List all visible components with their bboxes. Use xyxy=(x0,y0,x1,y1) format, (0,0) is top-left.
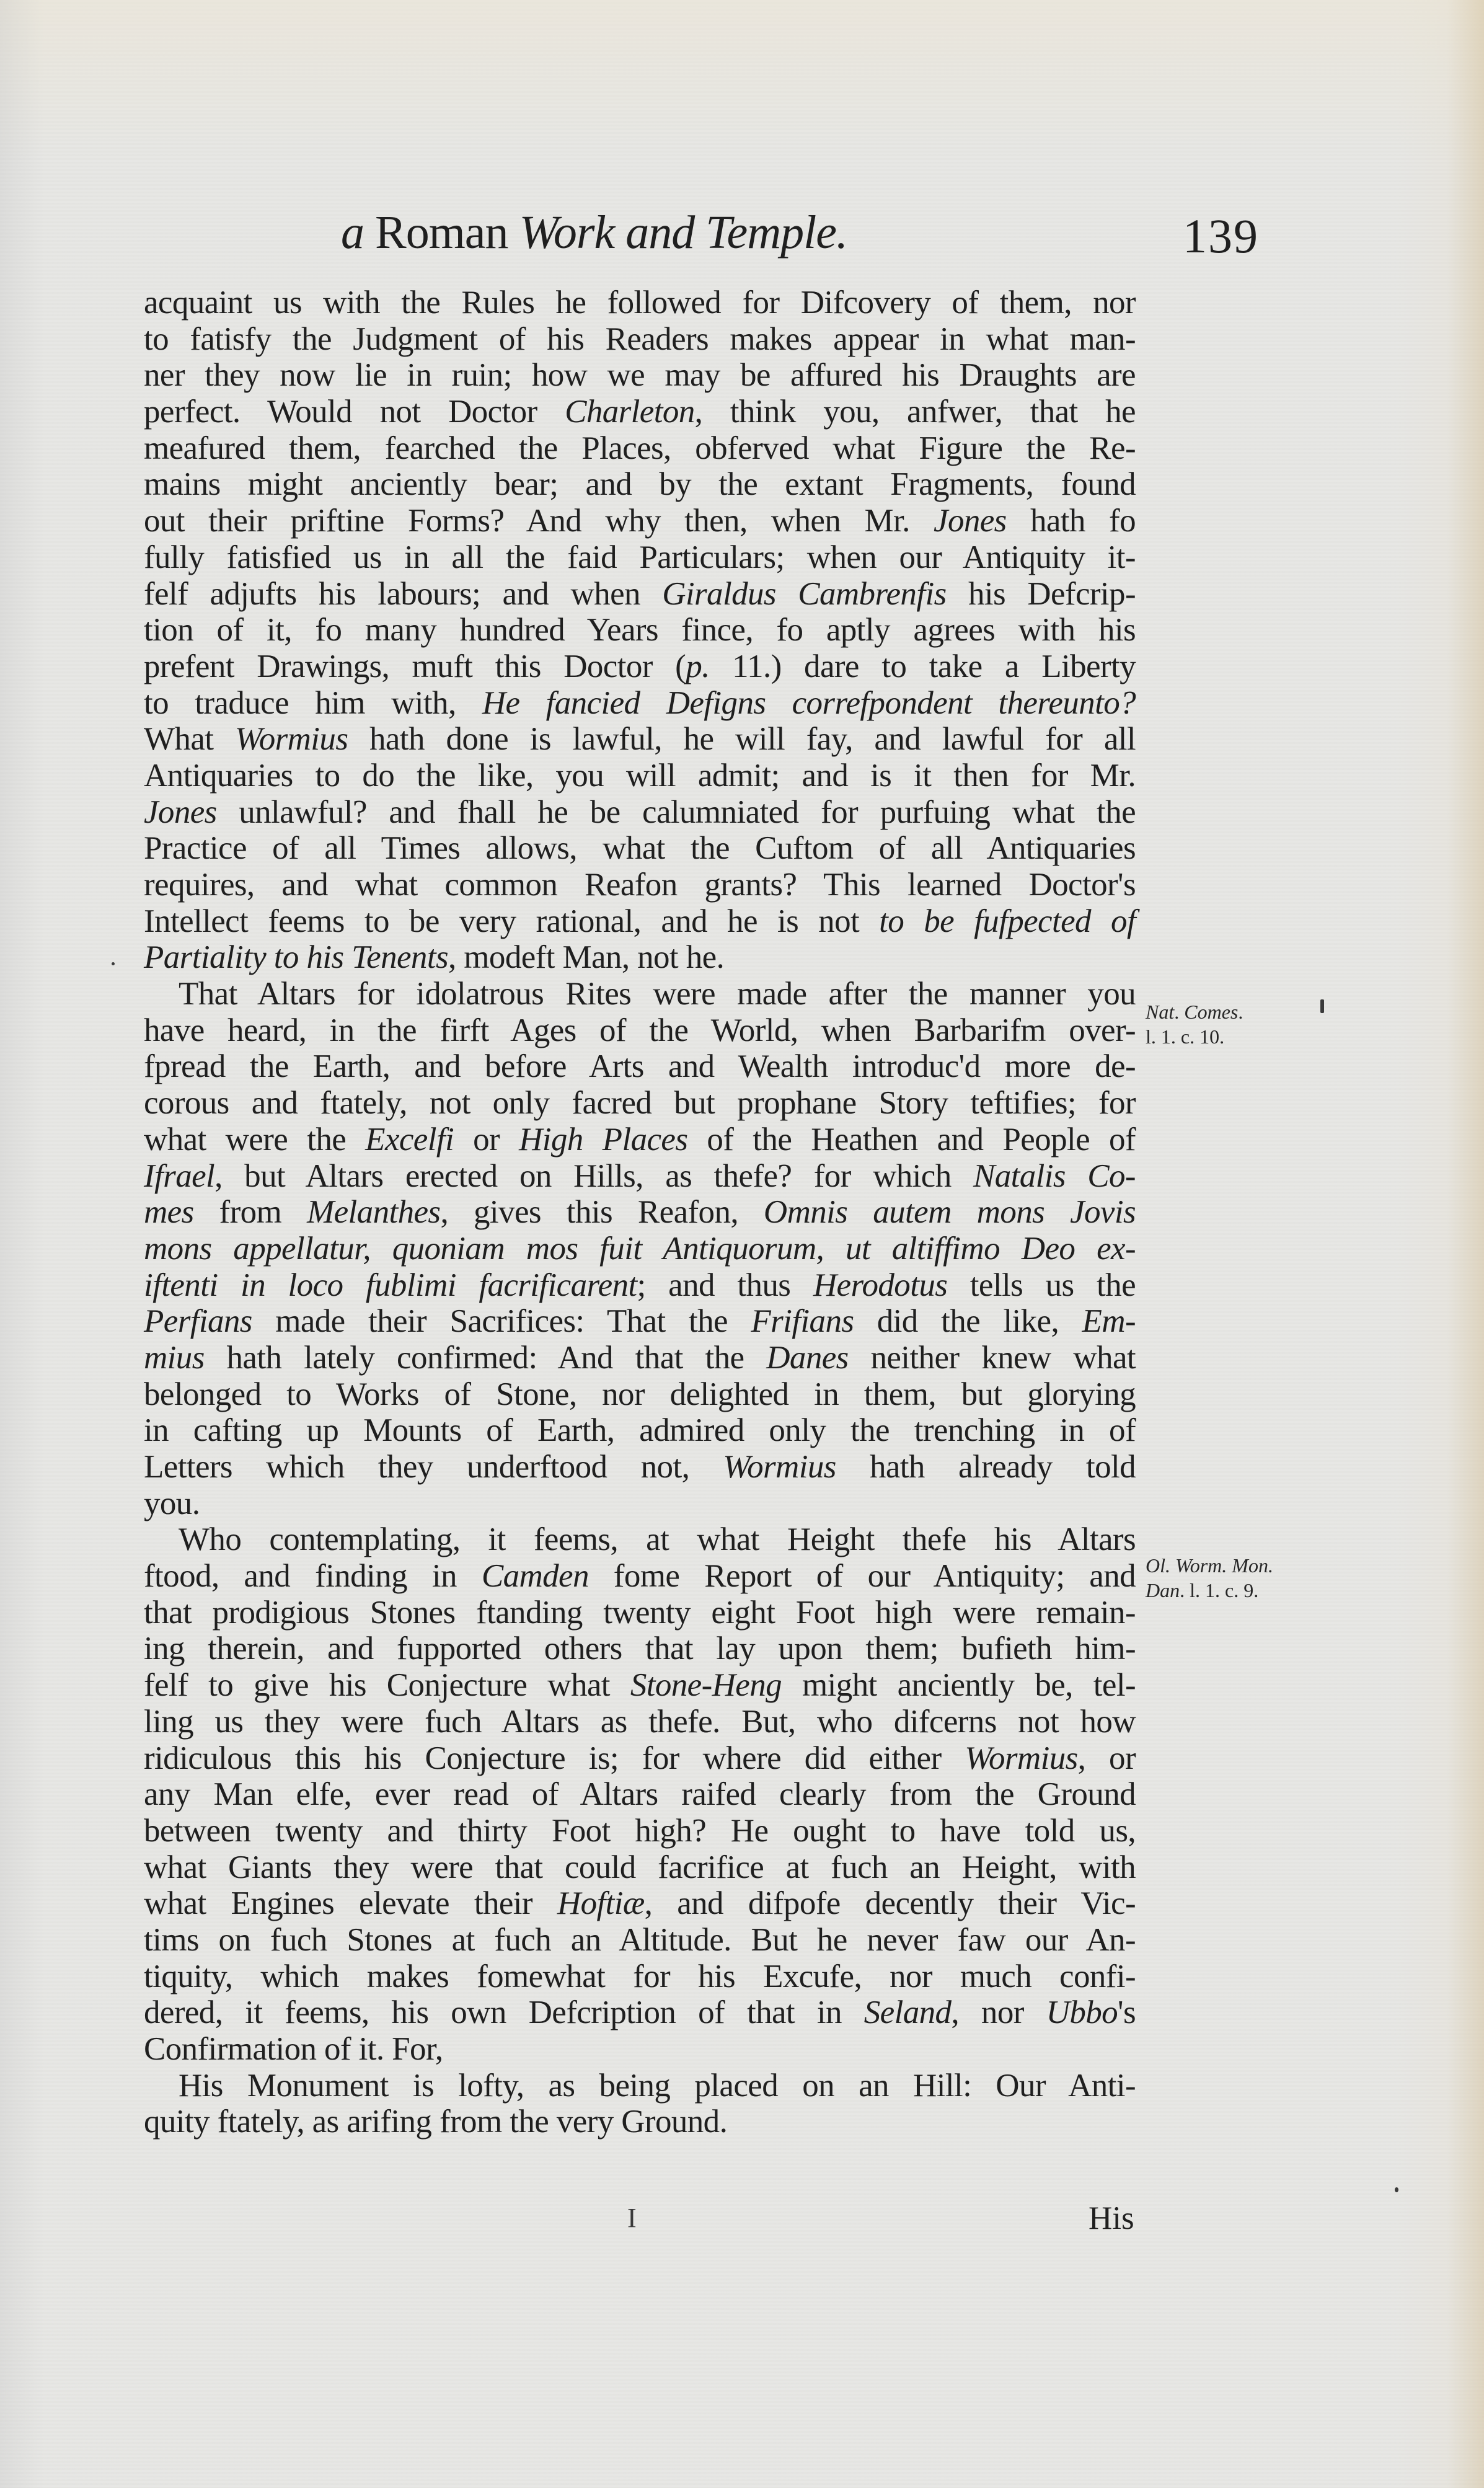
italic-run: Stone-Heng xyxy=(630,1667,782,1703)
sidenote-run: . xyxy=(1174,1001,1184,1023)
text-line: perfect. Would not Doctor Charleton, thi… xyxy=(144,394,1136,430)
text-line: Confirmation of it. For, xyxy=(144,2031,1136,2068)
text-line: prefent Drawings, muft this Doctor (p. 1… xyxy=(144,649,1136,685)
italic-run: Wormius xyxy=(235,721,348,757)
roman-run: Practice of all Times allows, what the C… xyxy=(144,830,1136,866)
roman-run: mains might anciently bear; and by the e… xyxy=(144,466,1136,502)
roman-run: or xyxy=(454,1122,519,1158)
roman-run: , nor xyxy=(951,1994,1046,2030)
italic-run: Omnis autem mons Jovis xyxy=(764,1194,1136,1230)
roman-run: , and difpofe decently their Vic- xyxy=(645,1885,1136,1921)
roman-run: Antiquaries to do the like, you will adm… xyxy=(144,758,1136,794)
text-line: tion of it, fo many hundred Years fince,… xyxy=(144,612,1136,649)
signature-mark: I xyxy=(627,2201,637,2236)
sidenote-run: Dan xyxy=(1146,1579,1180,1601)
sidenote: Nat. Comes.l. 1. c. 10. xyxy=(1146,999,1243,1049)
italic-run: Ifrael xyxy=(144,1158,214,1194)
running-head-part: Roman xyxy=(375,206,519,259)
text-line: Partiality to his Tenents, modeft Man, n… xyxy=(144,939,1136,976)
italic-run: Seland xyxy=(864,1994,952,2030)
text-line: iftenti in loco fublimi facrificarent; a… xyxy=(144,1267,1136,1304)
sidenote-run: . xyxy=(1238,1001,1243,1023)
roman-run: 's xyxy=(1118,1994,1136,2030)
text-line: Jones unlawful? and fhall he be calumnia… xyxy=(144,794,1136,831)
text-line: What Wormius hath done is lawful, he wil… xyxy=(144,721,1136,758)
italic-run: Ubbo xyxy=(1046,1994,1118,2030)
roman-run: prefent Drawings, muft this Doctor ( xyxy=(144,649,686,684)
text-line: ner they now lie in ruin; how we may be … xyxy=(144,357,1136,394)
text-line: acquaint us with the Rules he followed f… xyxy=(144,285,1136,321)
italic-run: Wormius xyxy=(723,1449,836,1485)
ink-speck xyxy=(1395,2187,1398,2192)
paragraph-first-line: His Monument is lofty, as being placed o… xyxy=(144,2068,1136,2104)
sidenote-line: Ol. Worm. Mon. xyxy=(1146,1553,1273,1578)
italic-run: Danes xyxy=(766,1340,848,1376)
text-line: what Engines elevate their Hoftiæ, and d… xyxy=(144,1885,1136,1922)
roman-run: tion of it, fo many hundred Years fince,… xyxy=(144,612,1136,648)
roman-run: , gives this Reafon, xyxy=(440,1194,763,1230)
roman-run: what Giants they were that could facrifi… xyxy=(144,1849,1136,1885)
italic-run: mons appellatur, quoniam mos fuit Antiqu… xyxy=(144,1231,1136,1267)
roman-run: meafured them, fearched the Places, obfe… xyxy=(144,430,1136,466)
italic-run: Natalis Co- xyxy=(973,1158,1136,1194)
text-line: corous and ftately, not only facred but … xyxy=(144,1085,1136,1122)
roman-run: tims on fuch Stones at fuch an Altitude.… xyxy=(144,1922,1136,1958)
roman-run: out their priftine Forms? And why then, … xyxy=(144,503,934,539)
roman-run: hath already told xyxy=(836,1449,1136,1485)
roman-run: Confirmation of it. For, xyxy=(144,2031,443,2067)
text-line: mes from Melanthes, gives this Reafon, O… xyxy=(144,1194,1136,1231)
text-line: tims on fuch Stones at fuch an Altitude.… xyxy=(144,1922,1136,1959)
running-head: a Roman Work and Temple. xyxy=(341,205,847,260)
roman-run: felf adjufts his labours; and when xyxy=(144,576,662,612)
roman-run: belonged to Works of Stone, nor delighte… xyxy=(144,1376,1136,1412)
text-line: Practice of all Times allows, what the C… xyxy=(144,830,1136,867)
roman-run: any Man elfe, ever read of Altars raifed… xyxy=(144,1776,1136,1812)
roman-run: might anciently be, tel- xyxy=(782,1667,1136,1703)
roman-run: hath lately confirmed: And that the xyxy=(205,1340,767,1376)
text-line: any Man elfe, ever read of Altars raifed… xyxy=(144,1776,1136,1813)
paragraph-first-line: That Altars for idolatrous Rites were ma… xyxy=(144,976,1136,1012)
roman-run: Intellect feems to be very rational, and… xyxy=(144,903,879,939)
italic-run: Giraldus Cambrenfis xyxy=(662,576,946,612)
italic-run: mius xyxy=(144,1340,205,1376)
text-line: you. xyxy=(144,1485,1136,1522)
text-line: mains might anciently bear; and by the e… xyxy=(144,466,1136,503)
sidenote: Ol. Worm. Mon.Dan. l. 1. c. 9. xyxy=(1146,1553,1273,1603)
body-text: acquaint us with the Rules he followed f… xyxy=(144,285,1136,2140)
sidenote-line: l. 1. c. 10. xyxy=(1146,1024,1243,1049)
text-line: ridiculous this his Conjecture is; for w… xyxy=(144,1740,1136,1777)
text-line: tiquity, which makes fomewhat for his Ex… xyxy=(144,1959,1136,1995)
sidenote-run: Comes xyxy=(1184,1001,1238,1023)
roman-run: requires, and what common Reafon grants?… xyxy=(144,867,1136,903)
text-line: fully fatisfied us in all the faid Parti… xyxy=(144,539,1136,576)
italic-run: to be fufpected of xyxy=(879,903,1136,939)
italic-run: High Places xyxy=(519,1122,687,1158)
text-line: Antiquaries to do the like, you will adm… xyxy=(144,758,1136,794)
roman-run: His Monument is lofty, as being placed o… xyxy=(179,2068,1136,2104)
roman-run: hath done is lawful, he will fay, and la… xyxy=(348,721,1136,757)
roman-run: what were the xyxy=(144,1122,365,1158)
text-line: mius hath lately confirmed: And that the… xyxy=(144,1340,1136,1376)
text-line: to fatisfy the Judgment of his Readers m… xyxy=(144,321,1136,358)
italic-run: Frifians xyxy=(751,1303,854,1339)
text-line: ing therein, and fupported others that l… xyxy=(144,1631,1136,1667)
text-line: dered, it feems, his own Defcription of … xyxy=(144,1994,1136,2031)
sidenote-run: . l. 1. c. 9. xyxy=(1180,1579,1258,1601)
italic-run: Partiality to his Tenents xyxy=(144,939,448,975)
roman-run: unlawful? and fhall he be calumniated fo… xyxy=(217,794,1136,830)
roman-run: to fatisfy the Judgment of his Readers m… xyxy=(144,321,1136,357)
text-line: meafured them, fearched the Places, obfe… xyxy=(144,430,1136,467)
roman-run: ner they now lie in ruin; how we may be … xyxy=(144,357,1136,393)
roman-run: corous and ftately, not only facred but … xyxy=(144,1085,1136,1121)
italic-run: p. xyxy=(686,649,710,684)
page-number: 139 xyxy=(1183,208,1259,264)
roman-run: felf to give his Conjecture what xyxy=(144,1667,630,1703)
book-page: a Roman Work and Temple. 139 acquaint us… xyxy=(0,0,1484,2488)
roman-run: have heard, in the firft Ages of the Wor… xyxy=(144,1012,1136,1048)
text-line: ftood, and finding in Camden fome Report… xyxy=(144,1558,1136,1595)
text-line: felf to give his Conjecture what Stone-H… xyxy=(144,1667,1136,1704)
text-line: what were the Excelfi or High Places of … xyxy=(144,1122,1136,1158)
roman-run: , but Altars erected on Hills, as thefe?… xyxy=(214,1158,973,1194)
roman-run: of the Heathen and People of xyxy=(687,1122,1136,1158)
roman-run: quity ftately, as arifing from the very … xyxy=(144,2104,727,2140)
italic-run: Jones xyxy=(934,503,1007,539)
sidenote-line: Dan. l. 1. c. 9. xyxy=(1146,1578,1273,1603)
roman-run: acquaint us with the Rules he followed f… xyxy=(144,285,1136,321)
italic-run: Perfians xyxy=(144,1303,252,1339)
text-line: mons appellatur, quoniam mos fuit Antiqu… xyxy=(144,1231,1136,1267)
roman-run: Letters which they underftood not, xyxy=(144,1449,723,1485)
running-head-part: a xyxy=(341,206,375,259)
roman-run: in cafting up Mounts of Earth, admired o… xyxy=(144,1412,1136,1448)
catchword: His xyxy=(1089,2200,1134,2237)
roman-run: you. xyxy=(144,1485,200,1521)
text-line: Intellect feems to be very rational, and… xyxy=(144,903,1136,940)
roman-run: That Altars for idolatrous Rites were ma… xyxy=(179,976,1136,1012)
italic-run: Camden xyxy=(482,1558,589,1594)
text-line: have heard, in the firft Ages of the Wor… xyxy=(144,1012,1136,1049)
text-line: ling us they were fuch Altars as thefe. … xyxy=(144,1704,1136,1740)
roman-run: dered, it feems, his own Defcription of … xyxy=(144,1994,864,2030)
text-line: belonged to Works of Stone, nor delighte… xyxy=(144,1376,1136,1413)
roman-run: that prodigious Stones ftanding twenty e… xyxy=(144,1595,1136,1631)
italic-run: mes xyxy=(144,1194,194,1230)
italic-run: Hoftiæ xyxy=(557,1885,645,1921)
text-line: fpread the Earth, and before Arts and We… xyxy=(144,1048,1136,1085)
ink-speck xyxy=(1320,999,1324,1013)
roman-run: made their Sacrifices: That the xyxy=(252,1303,751,1339)
paragraph-first-line: Who contemplating, it feems, at what Hei… xyxy=(144,1521,1136,1558)
running-head-part: Work and Temple. xyxy=(519,206,847,259)
roman-run: ling us they were fuch Altars as thefe. … xyxy=(144,1704,1136,1740)
italic-run: Excelfi xyxy=(365,1122,454,1158)
text-line: what Giants they were that could facrifi… xyxy=(144,1849,1136,1886)
roman-run: Who contemplating, it feems, at what Hei… xyxy=(179,1521,1136,1557)
text-line: to traduce him with, He fancied Defigns … xyxy=(144,685,1136,722)
roman-run: hath fo xyxy=(1007,503,1136,539)
roman-run: What xyxy=(144,721,235,757)
roman-run: his Defcrip- xyxy=(947,576,1136,612)
sidenote-run: Nat xyxy=(1146,1001,1174,1023)
text-line: Ifrael, but Altars erected on Hills, as … xyxy=(144,1158,1136,1195)
ink-speck xyxy=(112,962,115,965)
roman-run: ing therein, and fupported others that l… xyxy=(144,1631,1136,1667)
sidenote-line: Nat. Comes. xyxy=(1146,999,1243,1024)
italic-run: Jones xyxy=(144,794,217,830)
italic-run: Wormius xyxy=(965,1740,1077,1776)
text-line: felf adjufts his labours; and when Giral… xyxy=(144,576,1136,613)
roman-run: tiquity, which makes fomewhat for his Ex… xyxy=(144,1959,1136,1994)
text-line: Letters which they underftood not, Wormi… xyxy=(144,1449,1136,1485)
roman-run: what Engines elevate their xyxy=(144,1885,557,1921)
italic-run: Em- xyxy=(1082,1303,1136,1339)
roman-run: fully fatisfied us in all the faid Parti… xyxy=(144,539,1136,575)
italic-run: Charleton xyxy=(565,394,695,430)
text-line: in cafting up Mounts of Earth, admired o… xyxy=(144,1412,1136,1449)
text-line: between twenty and thirty Foot high? He … xyxy=(144,1813,1136,1849)
roman-run: ftood, and finding in xyxy=(144,1558,482,1594)
roman-run: did the like, xyxy=(854,1303,1082,1339)
text-line: that prodigious Stones ftanding twenty e… xyxy=(144,1595,1136,1631)
roman-run: perfect. Would not Doctor xyxy=(144,394,565,430)
roman-run: , think you, anfwer, that he xyxy=(695,394,1136,430)
italic-run: He fancied Defigns correfpondent thereun… xyxy=(482,685,1136,721)
roman-run: ridiculous this his Conjecture is; for w… xyxy=(144,1740,965,1776)
roman-run: from xyxy=(194,1194,307,1230)
roman-run: fome Report of our Antiquity; and xyxy=(589,1558,1136,1594)
sidenote-run: l. 1. c. 10. xyxy=(1146,1025,1224,1048)
roman-run: , or xyxy=(1078,1740,1136,1776)
roman-run: neither knew what xyxy=(849,1340,1136,1376)
text-line: Perfians made their Sacrifices: That the… xyxy=(144,1303,1136,1340)
roman-run: fpread the Earth, and before Arts and We… xyxy=(144,1048,1136,1084)
roman-run: between twenty and thirty Foot high? He … xyxy=(144,1813,1136,1849)
text-line: quity ftately, as arifing from the very … xyxy=(144,2104,1136,2140)
text-line: out their priftine Forms? And why then, … xyxy=(144,503,1136,539)
roman-run: 11.) dare to take a Liberty xyxy=(710,649,1136,684)
roman-run: to traduce him with, xyxy=(144,685,482,721)
roman-run: tells us the xyxy=(947,1267,1136,1303)
roman-run: ; and thus xyxy=(637,1267,813,1303)
text-line: requires, and what common Reafon grants?… xyxy=(144,867,1136,903)
sidenote-run: Ol. Worm. Mon. xyxy=(1146,1554,1273,1577)
roman-run: , modeft Man, not he. xyxy=(448,939,724,975)
italic-run: Herodotus xyxy=(813,1267,947,1303)
italic-run: iftenti in loco fublimi facrificarent xyxy=(144,1267,637,1303)
italic-run: Melanthes xyxy=(307,1194,440,1230)
